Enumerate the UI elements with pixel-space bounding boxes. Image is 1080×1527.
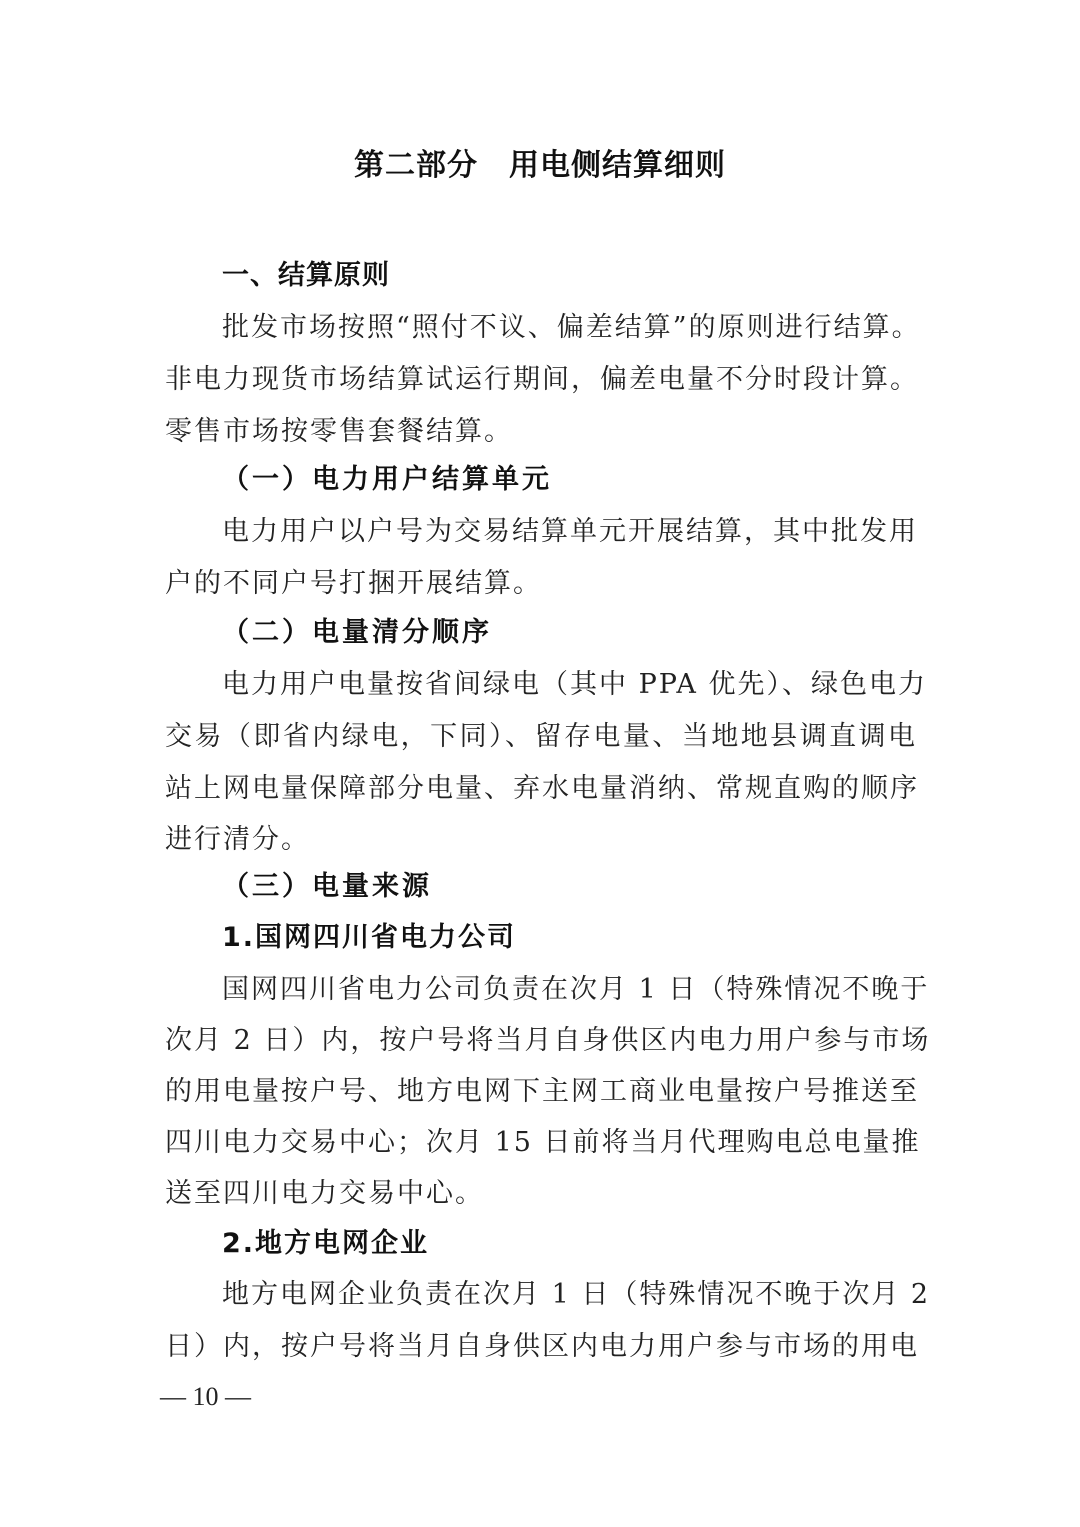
paragraph-line: 非电力现货市场结算试运行期间，偏差电量不分时段计算。 — [165, 362, 917, 398]
subsection-heading-energy-source: （三）电量来源 — [222, 869, 432, 905]
paragraph-line: 四川电力交易中心；次月 15 日前将当月代理购电总电量推 — [165, 1125, 917, 1161]
page-number: — 10 — — [160, 1382, 251, 1412]
subsection-heading-clearing-order: （二）电量清分顺序 — [222, 615, 492, 651]
paragraph-line: 地方电网企业负责在次月 1 日（特殊情况不晚于次月 2 — [222, 1277, 917, 1313]
paragraph-line: 进行清分。 — [165, 822, 917, 858]
paragraph-line: 零售市场按零售套餐结算。 — [165, 414, 917, 450]
section-heading-settlement-principles: 一、结算原则 — [222, 258, 390, 294]
paragraph-line: 日）内，按户号将当月自身供区内电力用户参与市场的用电 — [165, 1329, 917, 1365]
document-page: 第二部分 用电侧结算细则 一、结算原则 批发市场按照“照付不议、偏差结算”的原则… — [0, 0, 1080, 1527]
item-heading-local-grid-enterprises: 2.地方电网企业 — [222, 1226, 429, 1262]
paragraph-line: 的用电量按户号、地方电网下主网工商业电量按户号推送至 — [165, 1074, 917, 1110]
subsection-heading-settlement-unit: （一）电力用户结算单元 — [222, 462, 552, 498]
paragraph-line: 户的不同户号打捆开展结算。 — [165, 566, 917, 602]
paragraph-line: 送至四川电力交易中心。 — [165, 1176, 917, 1212]
paragraph-line: 次月 2 日）内，按户号将当月自身供区内电力用户参与市场 — [165, 1023, 917, 1059]
paragraph-line: 站上网电量保障部分电量、弃水电量消纳、常规直购的顺序 — [165, 771, 917, 807]
item-heading-state-grid-sichuan: 1.国网四川省电力公司 — [222, 920, 516, 956]
paragraph-line: 电力用户以户号为交易结算单元开展结算，其中批发用 — [222, 514, 917, 550]
paragraph-line: 批发市场按照“照付不议、偏差结算”的原则进行结算。 — [222, 310, 917, 346]
paragraph-line: 电力用户电量按省间绿电（其中 PPA 优先）、绿色电力 — [222, 667, 917, 703]
paragraph-line: 国网四川省电力公司负责在次月 1 日（特殊情况不晚于 — [222, 972, 917, 1008]
page-title: 第二部分 用电侧结算细则 — [0, 140, 1080, 184]
paragraph-line: 交易（即省内绿电，下同）、留存电量、当地地县调直调电 — [165, 719, 917, 755]
